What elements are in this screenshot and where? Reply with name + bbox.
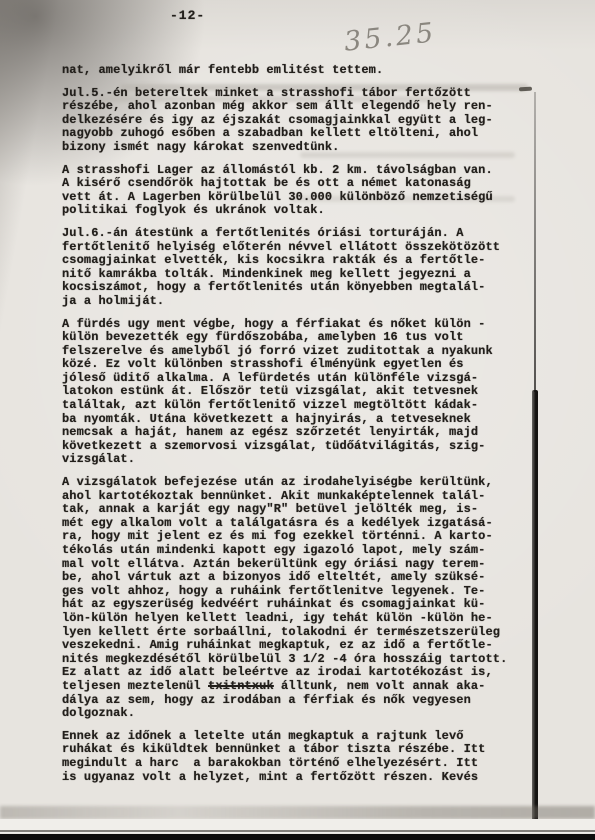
text-line: lön-külön helyen kellett leadni, igy teh… <box>62 612 524 626</box>
scanned-document-page: -12- 35.25 nat, amelyikről már fentebb e… <box>0 0 595 840</box>
text-line: hát az egyszerüség kedvéért ruháinkat és… <box>62 598 524 612</box>
text-line: nemcsak a haját, hanem az egész szőrzeté… <box>62 426 524 440</box>
bottom-scan-line <box>0 830 595 832</box>
text-line: dolgoznak. <box>62 707 524 721</box>
text-line: ja a holmiját. <box>62 295 524 309</box>
text-line: Jul.6.-án átestünk a fertőtlenités óriás… <box>62 227 524 241</box>
scan-edge-bar <box>532 390 538 822</box>
text-line: be, ahol vártuk azt a bizonyos idő eltel… <box>62 571 524 585</box>
text-line: is ugyanaz volt a helyzet, mint a fertőz… <box>62 771 524 785</box>
text-line: tékolás után mindenki kapott egy igazoló… <box>62 544 524 558</box>
text-line: vizsgálat. <box>62 453 524 467</box>
bottom-scan-smudge <box>0 806 595 819</box>
paragraph: Ennek az időnek a letelte után megkaptuk… <box>62 730 524 784</box>
text-line: külön bevezették egy fürdőszobába, amely… <box>62 331 524 345</box>
paragraph: A strasshofi Lager az állomástól kb. 2 k… <box>62 164 524 218</box>
text-line: nat, amelyikről már fentebb emlitést tet… <box>62 64 524 78</box>
document-body: nat, amelyikről már fentebb emlitést tet… <box>62 64 524 793</box>
text-line: közé. Ez volt különben strasshofi élmény… <box>62 358 524 372</box>
text-line: kocsiszámot, hogy a fertőtlenités után k… <box>62 281 524 295</box>
text-line: A vizsgálatok befejezése után az irodahe… <box>62 476 524 490</box>
text-line: tak, annak a karját egy nagy"R" betüvel … <box>62 503 524 517</box>
text-line: nagyobb zuhogó esőben a szabadban kellet… <box>62 127 524 141</box>
page-number: -12- <box>170 8 205 23</box>
text-line: veszekedni. Amig ruháinkat megkaptuk, ez… <box>62 639 524 653</box>
bottom-scan-black-band <box>0 834 595 840</box>
paragraph: A vizsgálatok befejezése után az irodahe… <box>62 476 524 721</box>
text-line: Ez alatt az idő alatt beleértve az iroda… <box>62 666 524 680</box>
scan-edge-bar-top <box>534 92 536 392</box>
text-line: teljesen meztelenül txitntxuk álltunk, n… <box>62 680 524 694</box>
struck-out-word: txitntxuk <box>208 679 274 693</box>
text-line: politikai foglyok és ukránok voltak. <box>62 204 524 218</box>
text-line: ra, hogy mit jelent ez és mi fog ezekkel… <box>62 530 524 544</box>
paragraph: A fürdés ugy ment végbe, hogy a férfiaka… <box>62 318 524 468</box>
paragraph: Jul.5.-én betereltek minket a strasshofi… <box>62 87 524 155</box>
paragraph: Jul.6.-án átestünk a fertőtlenités óriás… <box>62 227 524 309</box>
text-line: ruhákat és kiküldtek bennünket a tábor t… <box>62 743 524 757</box>
text-line: megindult a harc a barakokban történő el… <box>62 757 524 771</box>
text-line: találtak, azt külön fertőtlenitő vizzel … <box>62 399 524 413</box>
paragraph: nat, amelyikről már fentebb emlitést tet… <box>62 64 524 78</box>
text-line: részébe, ahol azonban még akkor sem állt… <box>62 100 524 114</box>
text-line: bizony ismét nagy károkat szenvedtünk. <box>62 141 524 155</box>
text-line: A kisérő csendőrök hajtottak be és ott a… <box>62 177 524 191</box>
handwritten-archive-number: 35.25 <box>343 17 438 57</box>
text-line: csomagjainkat elvették, kis kocsikra rak… <box>62 254 524 268</box>
